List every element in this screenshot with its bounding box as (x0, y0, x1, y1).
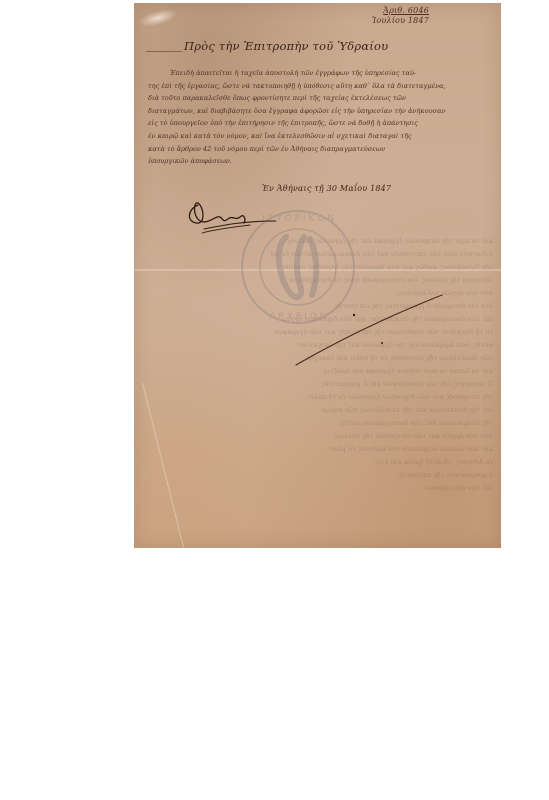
bleed-line: ὑπὸ τῶν ἀρχῶν καὶ τῶν ἐπιτροπῶν τῆς πόλε… (148, 430, 493, 443)
bleed-line: ὁ γραμματεὺς τῆς ἐπιτροπῆς. (148, 469, 493, 482)
body-line: ἐν καιρῷ καὶ κατὰ τὸν νόμον, καὶ ἵνα ἐκτ… (148, 130, 493, 143)
body-line: εἰς τὸ ὑπουργεῖον ὑπὸ τὴν ἐπιτήρησιν τῆς… (148, 117, 493, 130)
bleed-line: ἐν Ἀθήναις, τῇ αὐτῇ ἡμέρᾳ καὶ ἔτει. (148, 456, 493, 469)
body-line: Ἐπειδὴ ἀπαιτεῖται ἡ ταχεῖα ἀποστολὴ τῶν … (148, 67, 493, 80)
bleed-line: ἐπὶ τῆς διοικήσεως καὶ τῆς ἐκτελέσεως τῶ… (148, 404, 493, 417)
body-line: ὑπουργικῶν ἀποφάσεων. (148, 155, 493, 168)
paper-wear-mark (137, 6, 179, 30)
bleed-line: Ὁ ὑπουργὸς ἐπὶ τῶν ἐσωτερικῶν καὶ ὁ γραμ… (148, 378, 493, 391)
document-viewer: καὶ τὰ περὶ τῆς ὑπηρεσίας ἔγγραφα ἐπὶ τῆ… (0, 0, 549, 800)
reference-number-note: Ἀριθ. 6046 Ἰουλίου 1847 (372, 6, 429, 26)
pen-stroke-mark (294, 293, 444, 368)
signature-icon (184, 199, 294, 239)
date-line: Ἐν Ἀθήναις τῇ 30 Μαΐου 1847 (262, 184, 391, 193)
reference-date: Ἰουλίου 1847 (372, 16, 429, 26)
reference-number: Ἀριθ. 6046 (372, 6, 429, 16)
body-line: της ἐπὶ τῆς ἐργασίας, ὥστε νὰ τακτοποιηθ… (148, 80, 493, 93)
scanned-letter-page: καὶ τὰ περὶ τῆς ὑπηρεσίας ἔγγραφα ἐπὶ τῆ… (134, 3, 501, 548)
bleed-line: ἐπὶ τῶν ἐσωτερικῶν. (148, 482, 493, 495)
letter-heading: Πρὸς τὴν Ἐπιτροπὴν τοῦ Ὑδραίου (184, 39, 388, 53)
bleed-line: τῆς ἐπικρατείας καὶ τῶν διαταγμάτων αὐτῆ… (148, 417, 493, 430)
body-line: κατὰ τὸ ἄρθρον 42 τοῦ νόμου περὶ τῶν ἐν … (148, 143, 493, 156)
bleed-line: καὶ τῶν λοιπῶν ὑπηρεσιῶν τοῦ κράτους ἐν … (148, 443, 493, 456)
letter-body: Ἐπειδὴ ἀπαιτεῖται ἡ ταχεῖα ἀποστολὴ τῶν … (148, 67, 493, 168)
body-line: διαταγμάτων, καὶ διαβιβάσητε ὅσα ἔγγραφα… (148, 105, 493, 118)
bleed-line: τῆς ἐπιτροπῆς καὶ τῶν δημοσίων ἐργασιῶν … (148, 391, 493, 404)
body-line: διὰ τοῦτο παρακαλεῖσθε ὅπως φροντίσητε π… (148, 92, 493, 105)
heading-flourish (146, 51, 182, 52)
